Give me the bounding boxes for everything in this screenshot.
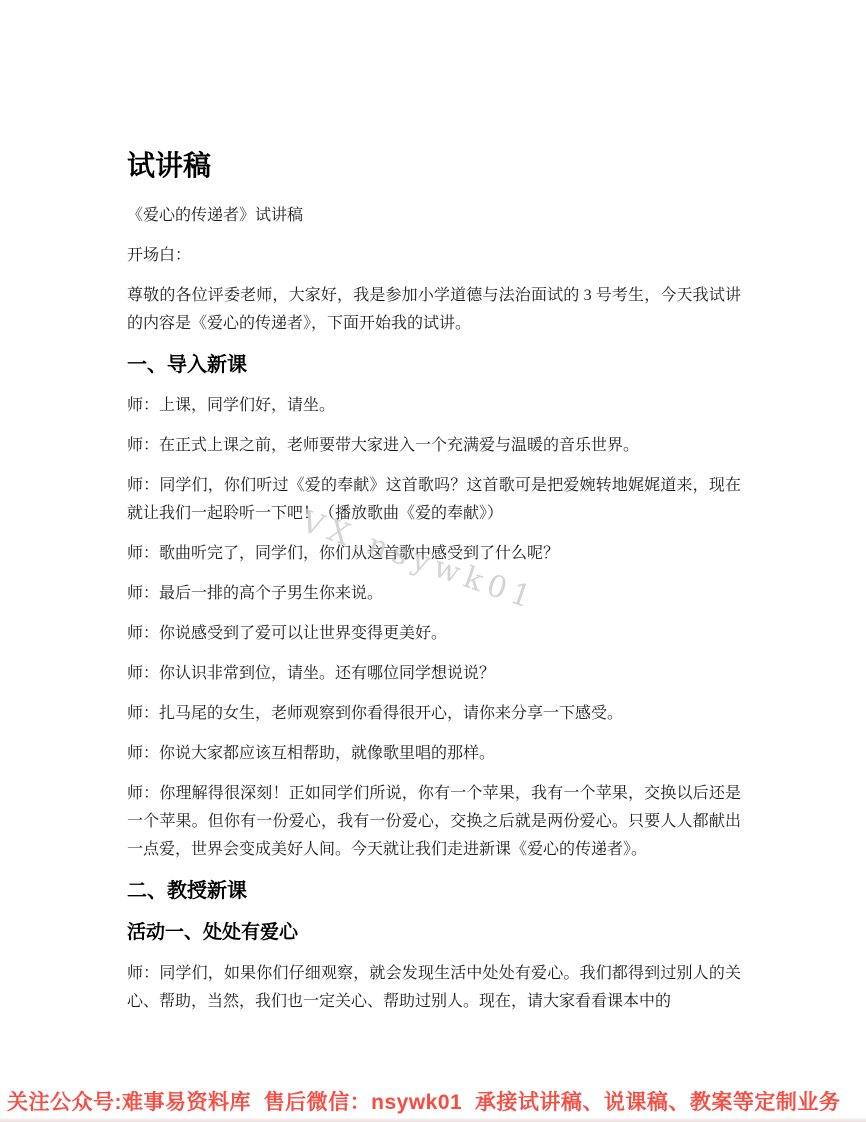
paragraph: 师：你说感受到了爱可以让世界变得更美好。 — [127, 620, 741, 648]
section-heading-2: 二、教授新课 — [127, 876, 741, 906]
paragraph: 师：你认识非常到位，请坐。还有哪位同学想说说？ — [127, 660, 741, 688]
paragraph-opening-label: 开场白： — [127, 242, 741, 270]
activity-heading-1: 活动一、处处有爱心 — [127, 918, 741, 948]
paragraph: 师：同学们，你们听过《爱的奉献》这首歌吗？这首歌可是把爱婉转地娓娓道来，现在就让… — [127, 472, 741, 528]
document-content: 试讲稿 《爱心的传递者》试讲稿 开场白： 尊敬的各位评委老师，大家好，我是参加小… — [127, 148, 741, 1016]
paragraph: 师：歌曲听完了，同学们，你们从这首歌中感受到了什么呢？ — [127, 540, 741, 568]
paragraph: 师：在正式上课之前，老师要带大家进入一个充满爱与温暖的音乐世界。 — [127, 432, 741, 460]
paragraph: 师：最后一排的高个子男生你来说。 — [127, 580, 741, 608]
footer-banner: 关注公众号:难事易资料库 售后微信：nsywk01 承接试讲稿、说课稿、教案等定… — [0, 1090, 866, 1116]
paragraph: 师：你理解得很深刻！正如同学们所说，你有一个苹果，我有一个苹果，交换以后还是一个… — [127, 780, 741, 864]
doc-title: 试讲稿 — [127, 148, 741, 184]
footer-edge-line — [0, 1118, 866, 1122]
doc-subtitle: 《爱心的传递者》试讲稿 — [127, 202, 741, 230]
paragraph-opening-remarks: 尊敬的各位评委老师，大家好，我是参加小学道德与法治面试的 3 号考生，今天我试讲… — [127, 282, 741, 338]
paragraph: 师：同学们，如果你们仔细观察，就会发现生活中处处有爱心。我们都得到过别人的关心、… — [127, 960, 741, 1016]
paragraph: 师：扎马尾的女生，老师观察到你看得很开心，请你来分享一下感受。 — [127, 700, 741, 728]
section-heading-1: 一、导入新课 — [127, 350, 741, 380]
paragraph: 师：你说大家都应该互相帮助，就像歌里唱的那样。 — [127, 740, 741, 768]
document-page: 试讲稿 《爱心的传递者》试讲稿 开场白： 尊敬的各位评委老师，大家好，我是参加小… — [0, 0, 866, 1122]
paragraph: 师：上课，同学们好，请坐。 — [127, 392, 741, 420]
